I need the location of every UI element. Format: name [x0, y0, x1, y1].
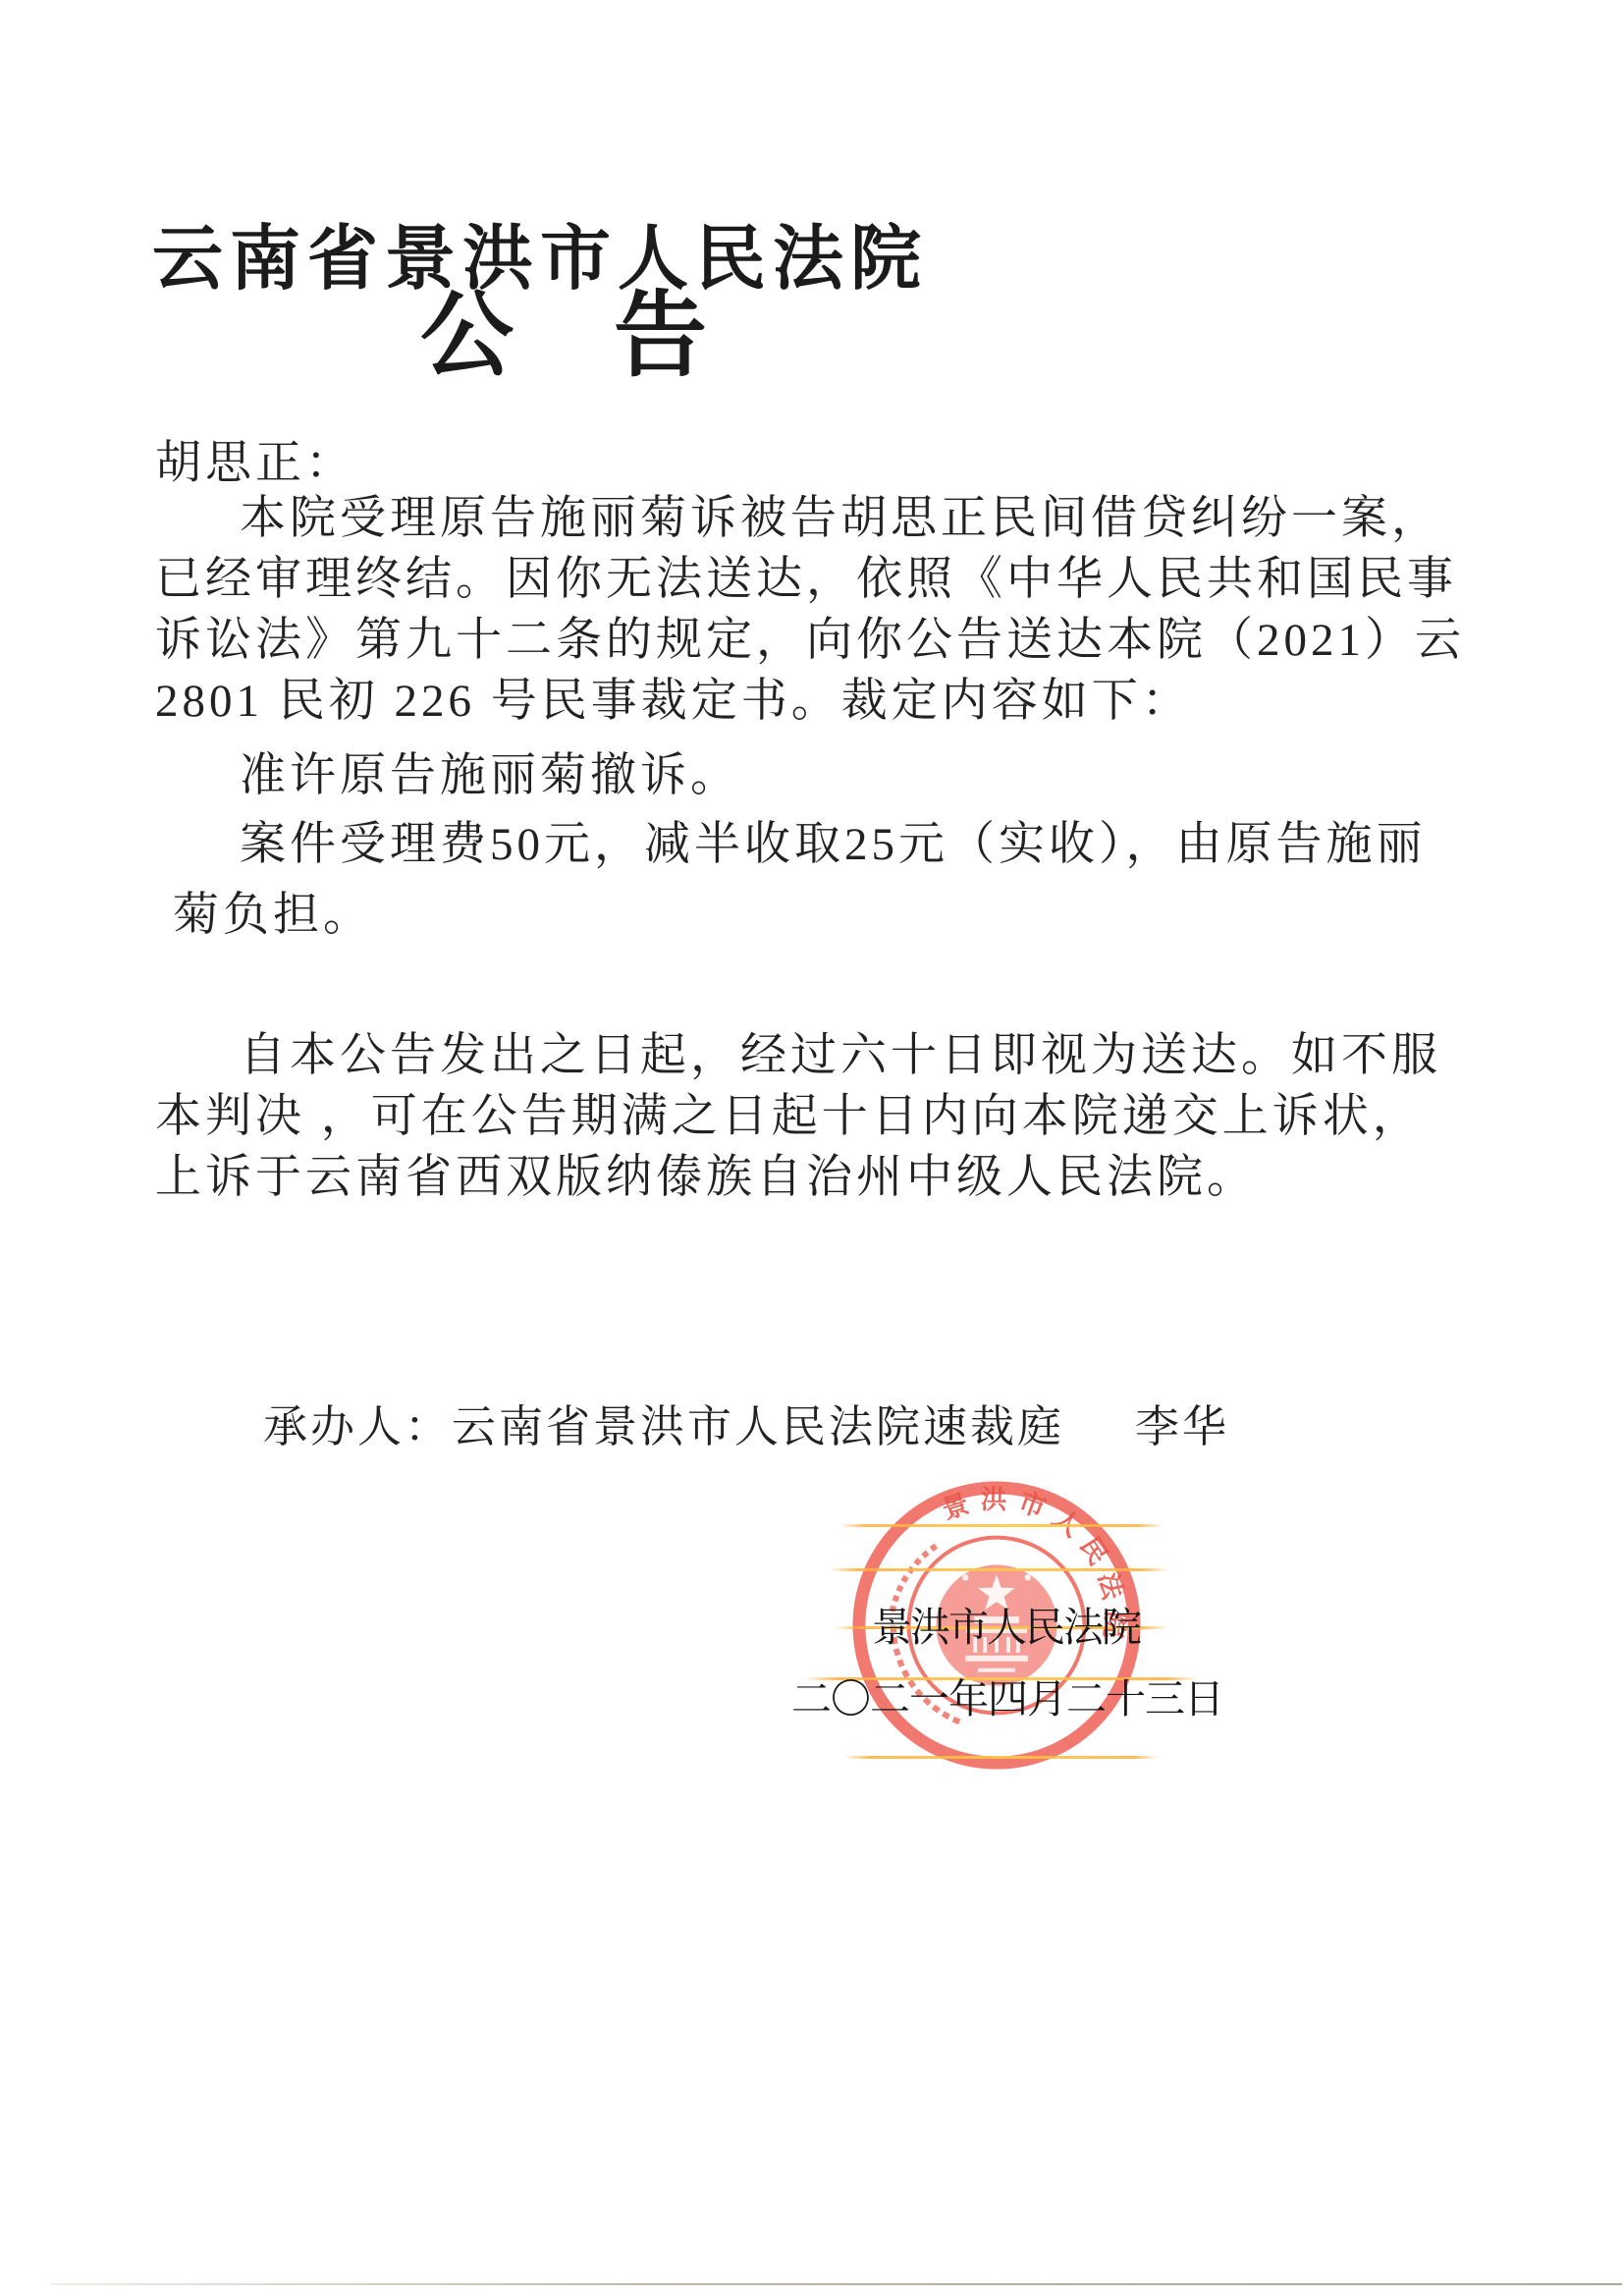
- salutation: 胡思正：: [155, 435, 355, 492]
- undertaker-line: 承办人：云南省景洪市人民法院速裁庭李华: [263, 1398, 1229, 1455]
- doc-title-char: 公: [420, 288, 514, 386]
- body-line: 上诉于云南省西双版纳傣族自治州中级人民法院。: [155, 1149, 1257, 1206]
- body-line: 诉讼法》第九十二条的规定，向你公告送达本院（2021）云: [155, 612, 1465, 669]
- body-line: 案件受理费50元，减半收取25元（实收），由原告施丽: [240, 816, 1427, 873]
- scan-artifact-line: [844, 1756, 1159, 1759]
- doc-title: 公 告: [420, 288, 707, 386]
- scan-artifact-line: [830, 1568, 1168, 1571]
- court-signature: 景洪市人民法院: [872, 1595, 1140, 1653]
- scan-artifact-line: [839, 1524, 1163, 1527]
- body-line: 准许原告施丽菊撤诉。: [240, 747, 740, 804]
- body-line: 已经审理终结。因你无法送达，依照《中华人民共和国民事: [155, 551, 1457, 608]
- doc-title-char: 告: [614, 288, 707, 386]
- body-line: 自本公告发出之日起，经过六十日即视为送达。如不服: [240, 1027, 1441, 1084]
- undertaker-label: 承办人：云南省景洪市人民法院速裁庭: [263, 1402, 1064, 1451]
- body-line: 本院受理原告施丽菊诉被告胡思正民间借贷纠纷一案，: [240, 490, 1441, 547]
- undertaker-name: 李华: [1135, 1402, 1229, 1451]
- body-line: 本判决 ，可在公告期满之日起十日内向本院递交上诉状，: [155, 1088, 1423, 1145]
- scan-artifact-bottom: [51, 2283, 1622, 2285]
- document-page: 云南省景洪市人民法院 公 告 胡思正： 本院受理原告施丽菊诉被告胡思正民间借贷纠…: [0, 0, 1623, 2296]
- date-line: 二〇二一年四月二十三日: [791, 1667, 1223, 1724]
- body-line: 2801 民初 226 号民事裁定书。裁定内容如下：: [155, 673, 1192, 730]
- body-line: 菊负担。: [173, 887, 373, 944]
